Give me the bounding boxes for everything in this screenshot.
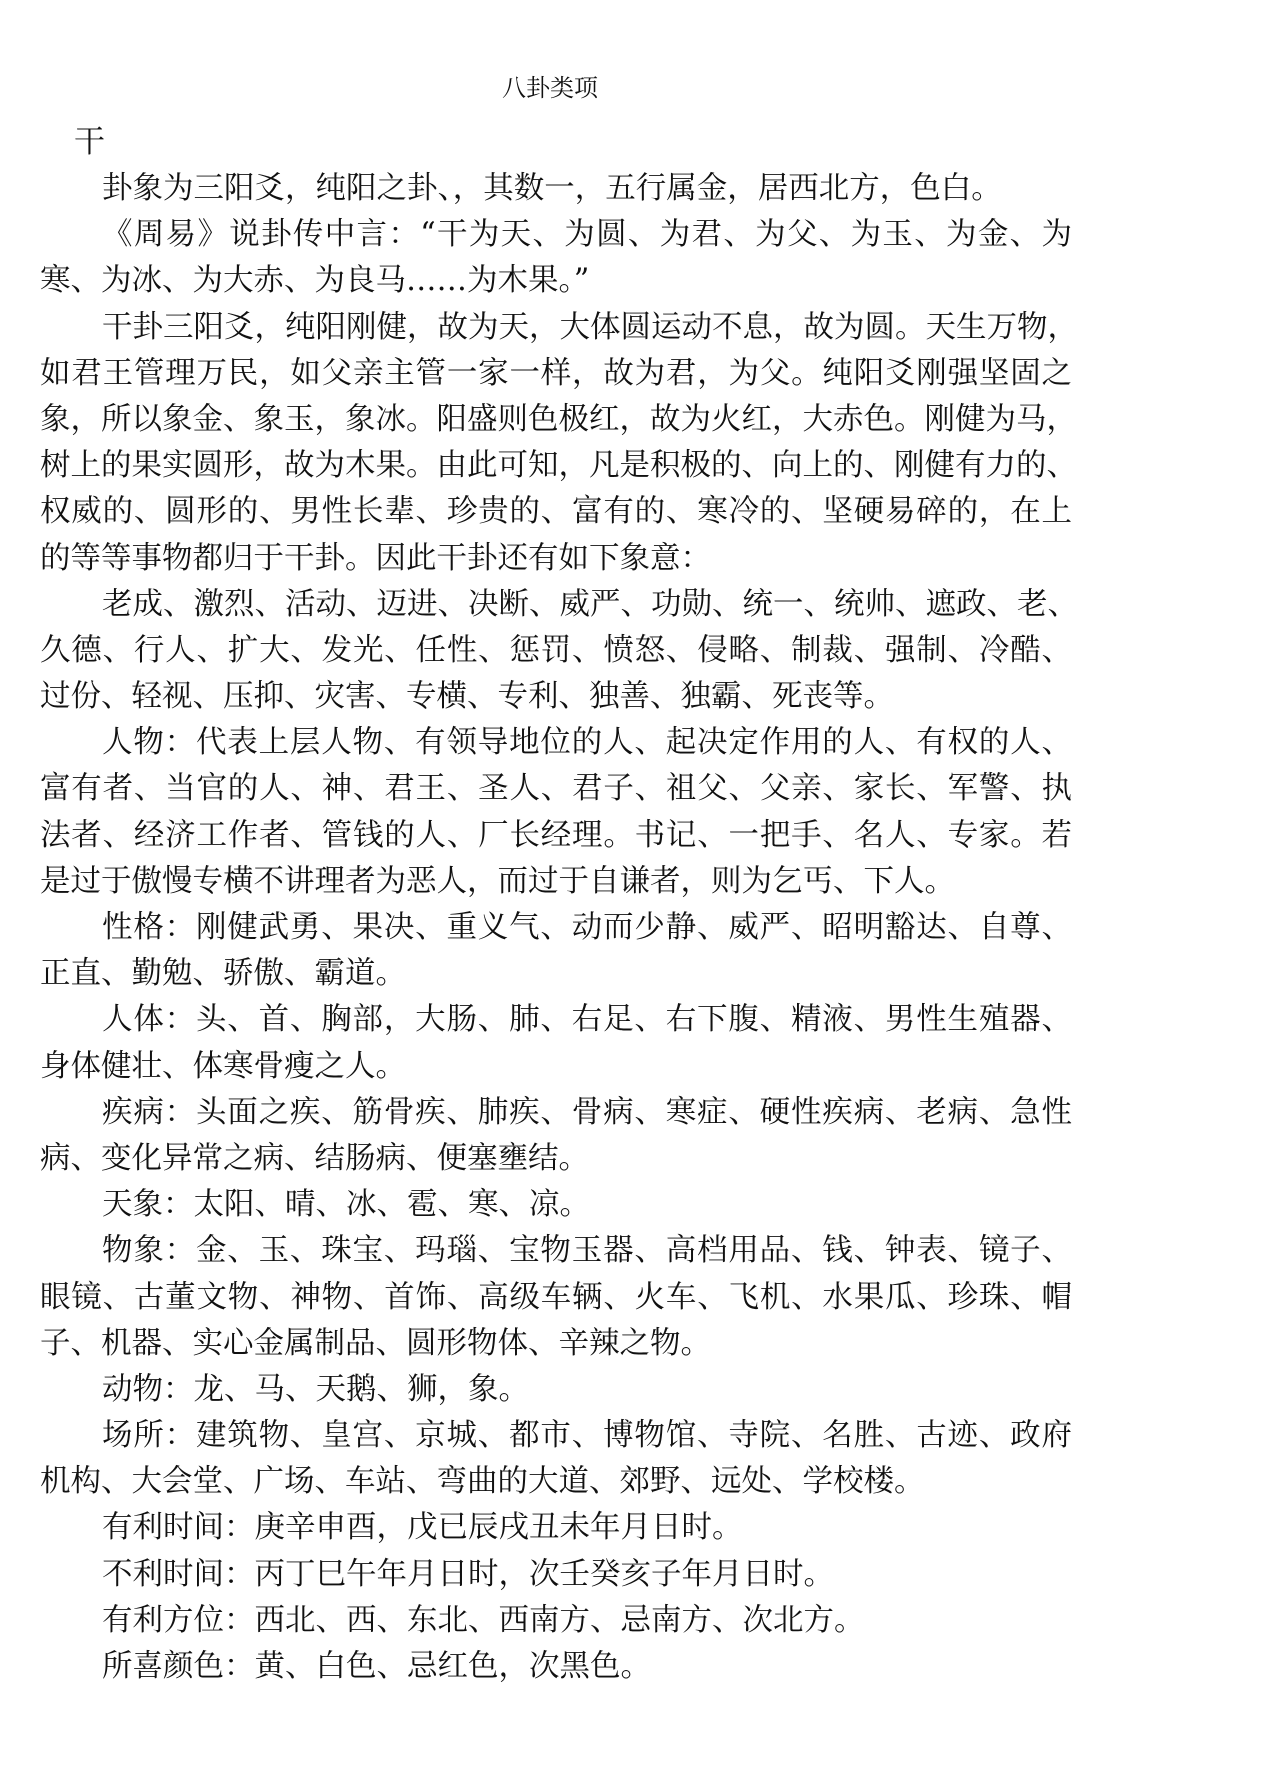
text-line: 身体健壮、体寒骨瘦之人。 <box>40 1044 1072 1090</box>
text-line: 老成、激烈、活动、迈进、决断、威严、功勋、统一、统帅、遮政、老、 <box>40 582 1072 628</box>
document-body: 卦象为三阳爻，纯阳之卦、，其数一，五行属金，居西北方，色白。《周易》说卦传中言：… <box>40 166 1072 1690</box>
text-line: 《周易》说卦传中言：“干为天、为圆、为君、为父、为玉、为金、为 <box>40 212 1072 258</box>
text-line: 眼镜、古董文物、神物、首饰、高级车辆、火车、飞机、水果瓜、珍珠、帽 <box>40 1275 1072 1321</box>
document-page: 八卦类项 干 卦象为三阳爻，纯阳之卦、，其数一，五行属金，居西北方，色白。《周易… <box>0 0 1266 1786</box>
document-title: 八卦类项 <box>0 70 1100 106</box>
text-line: 正直、勤勉、骄傲、霸道。 <box>40 951 1072 997</box>
text-line: 寒、为冰、为大赤、为良马……为木果。” <box>40 258 1072 304</box>
text-line: 树上的果实圆形，故为木果。由此可知，凡是积极的、向上的、刚健有力的、 <box>40 443 1072 489</box>
text-line: 物象：金、玉、珠宝、玛瑙、宝物玉器、高档用品、钱、钟表、镜子、 <box>40 1228 1072 1274</box>
text-line: 权威的、圆形的、男性长辈、珍贵的、富有的、寒冷的、坚硬易碎的，在上 <box>40 489 1072 535</box>
text-line: 有利时间：庚辛申酉，戊已辰戌丑未年月日时。 <box>40 1505 1072 1551</box>
text-line: 有利方位：西北、西、东北、西南方、忌南方、次北方。 <box>40 1598 1072 1644</box>
text-line: 疾病：头面之疾、筋骨疾、肺疾、骨病、寒症、硬性疾病、老病、急性 <box>40 1090 1072 1136</box>
text-line: 久德、行人、扩大、发光、任性、惩罚、愤怒、侵略、制裁、强制、冷酷、 <box>40 628 1072 674</box>
text-line: 是过于傲慢专横不讲理者为恶人，而过于自谦者，则为乞丐、下人。 <box>40 859 1072 905</box>
text-line: 富有者、当官的人、神、君王、圣人、君子、祖父、父亲、家长、军警、执 <box>40 766 1072 812</box>
text-line: 人体：头、首、胸部，大肠、肺、右足、右下腹、精液、男性生殖器、 <box>40 997 1072 1043</box>
text-line: 天象：太阳、晴、冰、雹、寒、凉。 <box>40 1182 1072 1228</box>
text-line: 如君王管理万民，如父亲主管一家一样，故为君，为父。纯阳爻刚强坚固之 <box>40 351 1072 397</box>
text-line: 干卦三阳爻，纯阳刚健，故为天，大体圆运动不息，故为圆。天生万物， <box>40 305 1072 351</box>
text-line: 法者、经济工作者、管钱的人、厂长经理。书记、一把手、名人、专家。若 <box>40 813 1072 859</box>
text-line: 的等等事物都归于干卦。因此干卦还有如下象意： <box>40 536 1072 582</box>
text-line: 过份、轻视、压抑、灾害、专横、专利、独善、独霸、死丧等。 <box>40 674 1072 720</box>
text-line: 象，所以象金、象玉，象冰。阳盛则色极红，故为火红，大赤色。刚健为马， <box>40 397 1072 443</box>
text-line: 机构、大会堂、广场、车站、弯曲的大道、郊野、远处、学校楼。 <box>40 1459 1072 1505</box>
section-heading-qian: 干 <box>74 122 105 162</box>
text-line: 不利时间：丙丁巳午年月日时，次壬癸亥子年月日时。 <box>40 1552 1072 1598</box>
text-line: 场所：建筑物、皇宫、京城、都市、博物馆、寺院、名胜、古迹、政府 <box>40 1413 1072 1459</box>
text-line: 卦象为三阳爻，纯阳之卦、，其数一，五行属金，居西北方，色白。 <box>40 166 1072 212</box>
text-line: 动物：龙、马、天鹅、狮，象。 <box>40 1367 1072 1413</box>
text-line: 人物：代表上层人物、有领导地位的人、起决定作用的人、有权的人、 <box>40 720 1072 766</box>
text-line: 病、变化异常之病、结肠病、便塞壅结。 <box>40 1136 1072 1182</box>
text-line: 性格：刚健武勇、果决、重义气、动而少静、威严、昭明豁达、自尊、 <box>40 905 1072 951</box>
text-line: 所喜颜色：黄、白色、忌红色，次黑色。 <box>40 1644 1072 1690</box>
text-line: 子、机器、实心金属制品、圆形物体、辛辣之物。 <box>40 1321 1072 1367</box>
